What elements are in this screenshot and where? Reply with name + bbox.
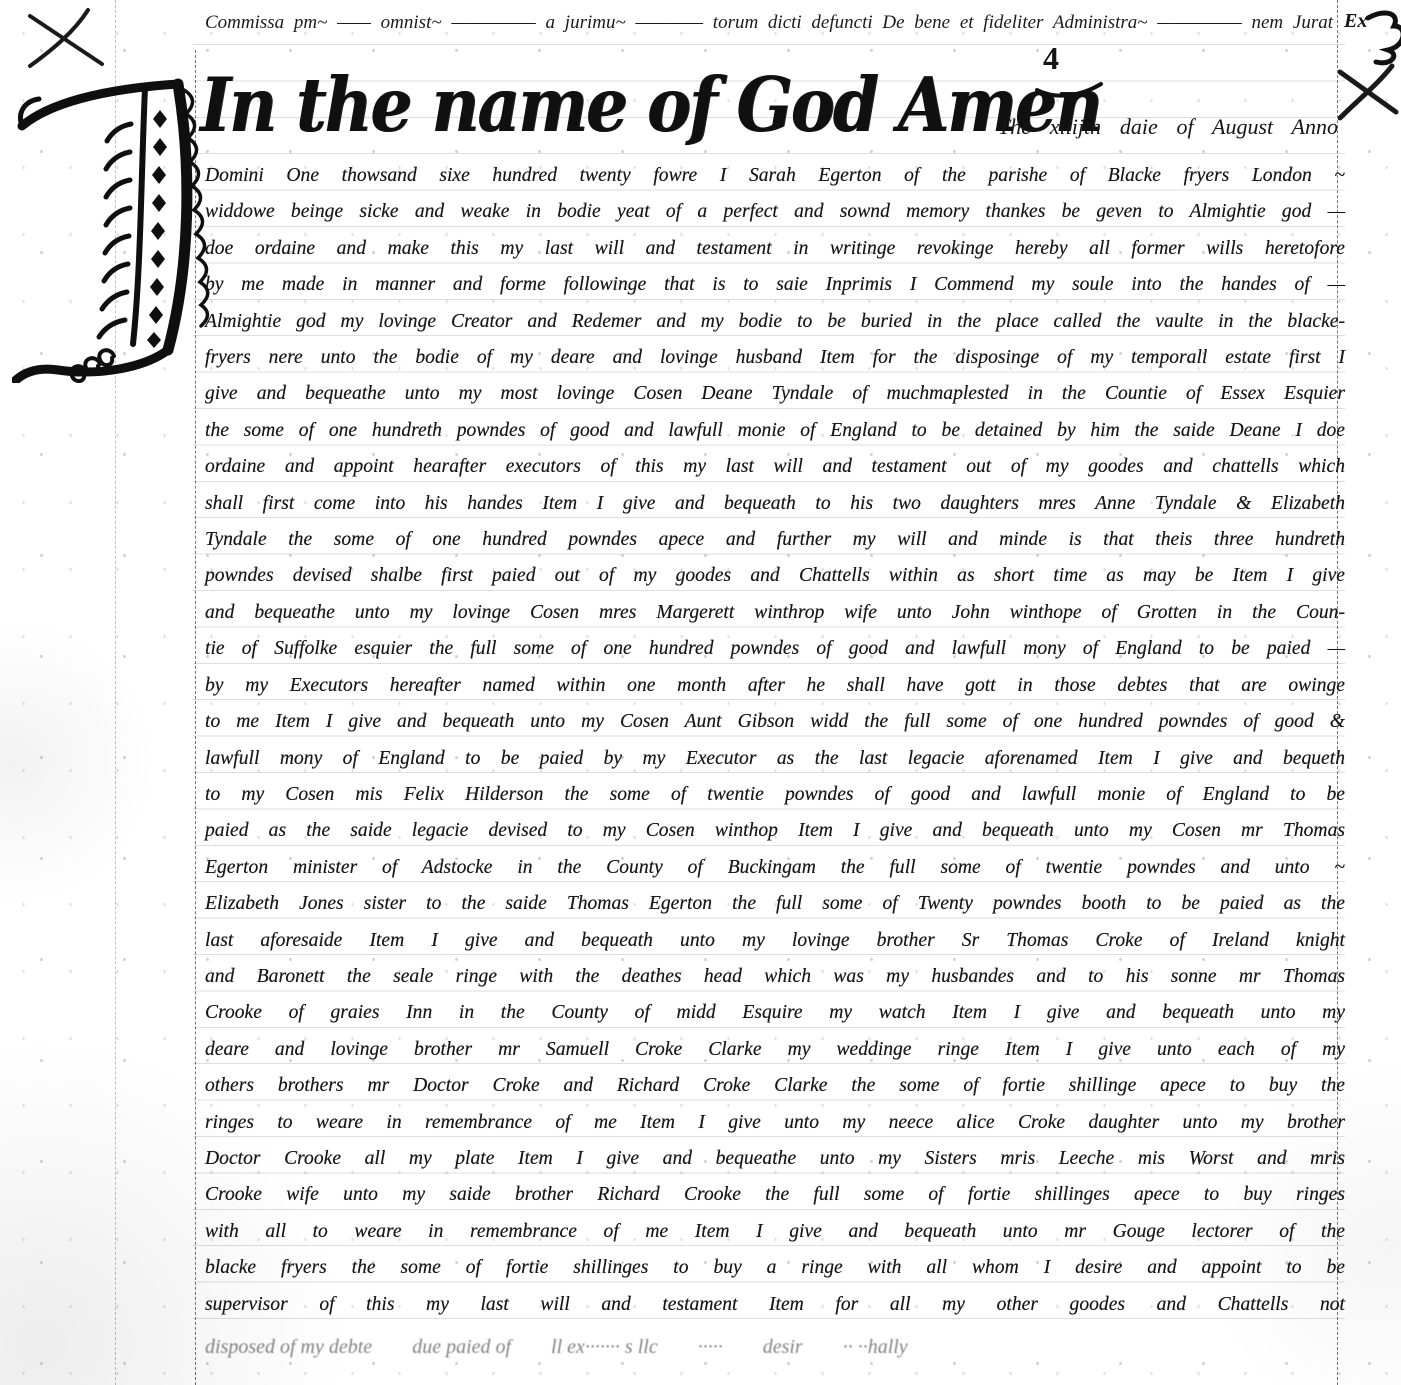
manuscript-line: Almightie god my lovinge Creator and Red… (205, 304, 1345, 340)
manuscript-line: last aforesaide Item I give and bequeath… (205, 923, 1345, 959)
manuscript-line: and bequeathe unto my lovinge Cosen mres… (205, 595, 1345, 631)
manuscript-line: Domini One thowsand sixe hundred twenty … (205, 158, 1345, 194)
manuscript-line: blacke fryers the some of fortie shillin… (205, 1250, 1345, 1286)
manuscript-line: Crooke of graies Inn in the County of mi… (205, 995, 1345, 1031)
manuscript-line: the some of one hundreth powndes of good… (205, 413, 1345, 449)
will-body-text: Domini One thowsand sixe hundred twenty … (205, 158, 1345, 1323)
manuscript-line: lawfull mony of England to be paied by m… (205, 741, 1345, 777)
manuscript-line: Crooke wife unto my saide brother Richar… (205, 1177, 1345, 1213)
will-heading: In the name of God Amen (200, 48, 1020, 173)
cross-mark-icon (1338, 62, 1400, 122)
manuscript-line: paied as the saide legacie devised to my… (205, 813, 1345, 849)
manuscript-line: deare and lovinge brother mr Samuell Cro… (205, 1032, 1345, 1068)
manuscript-line: Egerton minister of Adstocke in the Coun… (205, 850, 1345, 886)
manuscript-line: powndes devised shalbe first paied out o… (205, 558, 1345, 594)
manuscript-line: to me Item I give and bequeath unto my C… (205, 704, 1345, 740)
manuscript-line: doe ordaine and make this my last will a… (205, 231, 1345, 267)
manuscript-line: fryers nere unto the bodie of my deare a… (205, 340, 1345, 376)
opening-date-line: The xiiijth daie of August Anno (998, 112, 1338, 142)
manuscript-line: give and bequeathe unto my most lovinge … (205, 376, 1345, 412)
page-number: 4 (1043, 40, 1059, 77)
manuscript-line: and Baronett the seale ringe with the de… (205, 959, 1345, 995)
page-number-swash-icon (1035, 80, 1105, 102)
manuscript-line: supervisor of this my last will and test… (205, 1287, 1345, 1323)
manuscript-line: shall first come into his handes Item I … (205, 486, 1345, 522)
manuscript-line: Doctor Crooke all my plate Item I give a… (205, 1141, 1345, 1177)
manuscript-line: by me made in manner and forme following… (205, 267, 1345, 303)
manuscript-line: widdowe beinge sicke and weake in bodie … (205, 194, 1345, 230)
manuscript-line: ordaine and appoint hearafter executors … (205, 449, 1345, 485)
manuscript-line: to my Cosen mis Felix Hilderson the some… (205, 777, 1345, 813)
manuscript-line: with all to weare in remembrance of me I… (205, 1214, 1345, 1250)
faded-partial-line: disposed of my debte due paied of ll ex·… (205, 1330, 1355, 1364)
manuscript-line: Tyndale the some of one hundred powndes … (205, 522, 1345, 558)
manuscript-line: Elizabeth Jones sister to the saide Thom… (205, 886, 1345, 922)
manuscript-line: others brothers mr Doctor Croke and Rich… (205, 1068, 1345, 1104)
probate-annotation: Commissa pm~ —— omnist~ ————— a jurimu~ … (205, 8, 1333, 38)
manuscript-line: tie of Suffolke esquier the full some of… (205, 631, 1345, 667)
manuscript-line: ringes to weare in remembrance of me Ite… (205, 1105, 1345, 1141)
manuscript-page: { "document": { "page_number": "4", "pro… (0, 0, 1401, 1385)
manuscript-line: by my Executors hereafter named within o… (205, 668, 1345, 704)
decorative-initial-I-icon (12, 38, 217, 383)
notary-flourish-icon (1364, 6, 1401, 68)
